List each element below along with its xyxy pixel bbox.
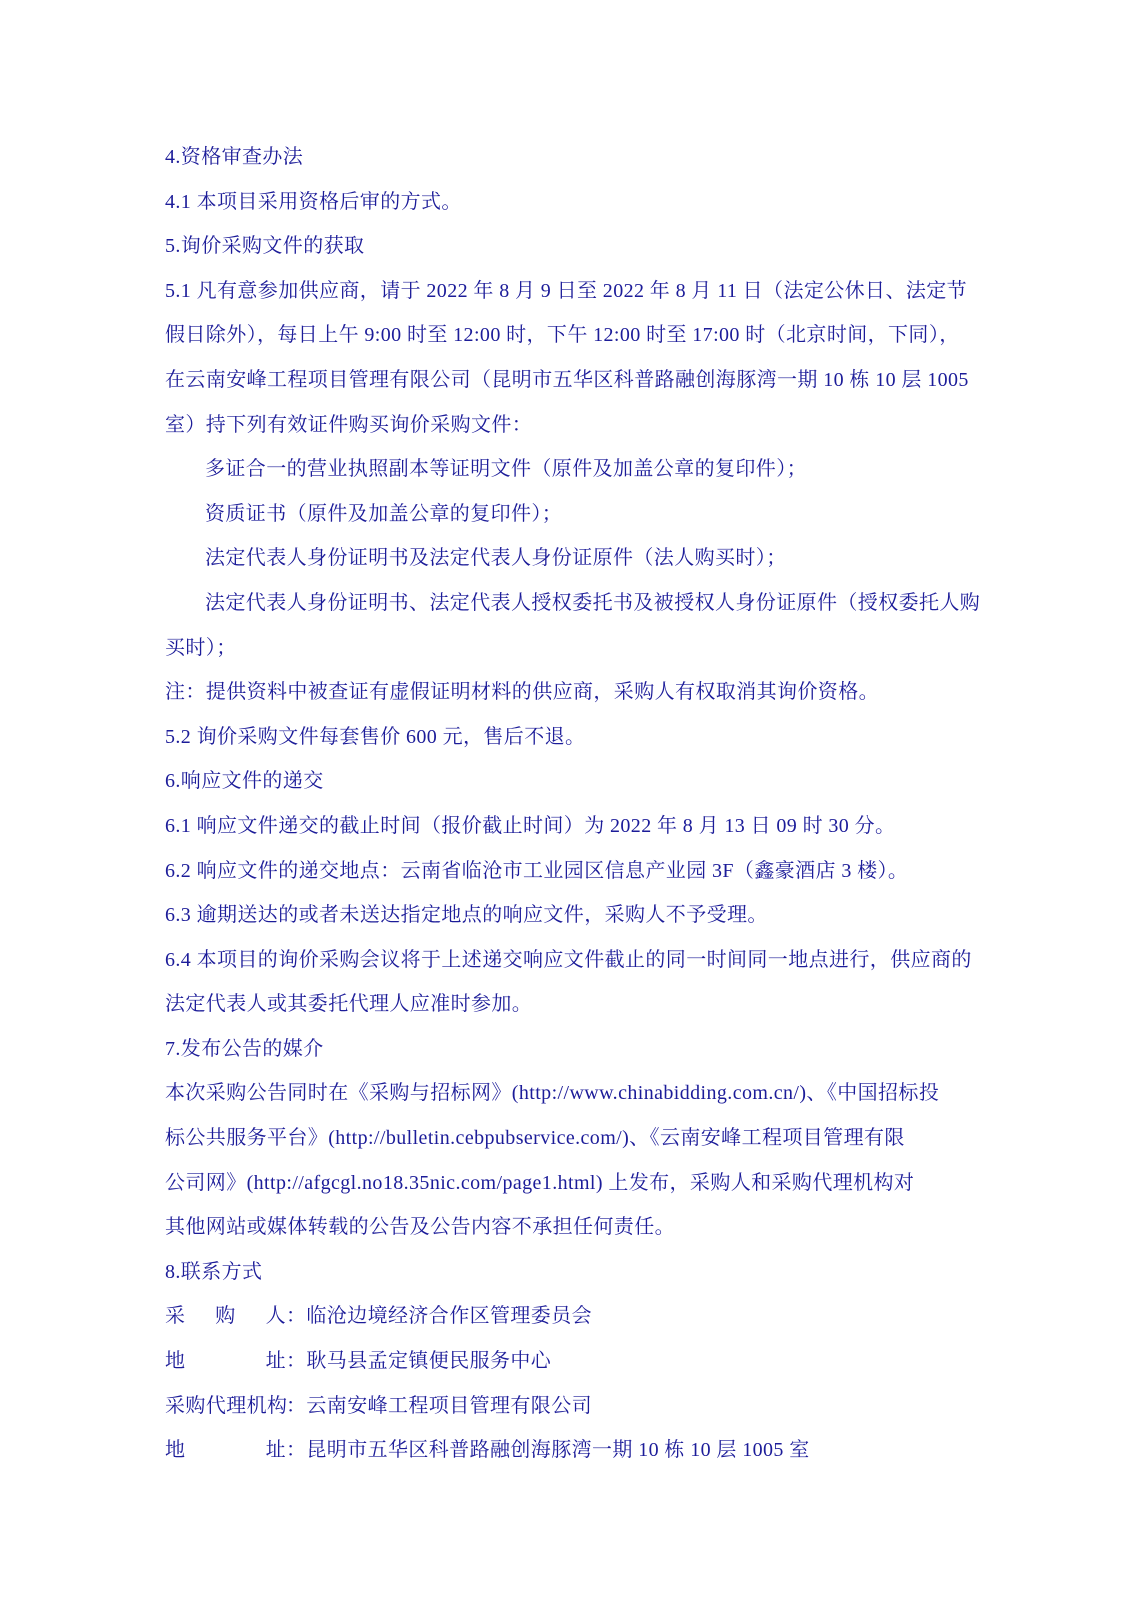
contact-value: ：耿马县孟定镇便民服务中心 (286, 1339, 551, 1384)
contact-label: 采购人 (165, 1294, 286, 1339)
doc-line: 假日除外），每日上午 9:00 时至 12:00 时，下午 12:00 时至 1… (165, 313, 975, 358)
doc-line: 4.1 本项目采用资格后审的方式。 (165, 180, 975, 225)
contact-value: ：云南安峰工程项目管理有限公司 (286, 1384, 592, 1429)
contact-label: 地址 (165, 1339, 286, 1384)
contact-label: 采购代理机构 (165, 1384, 286, 1429)
doc-line: 5.1 凡有意参加供应商，请于 2022 年 8 月 9 日至 2022 年 8… (165, 269, 975, 314)
doc-line: 法定代表人身份证明书及法定代表人身份证原件（法人购买时）； (165, 536, 975, 581)
document-body: 4.资格审查办法 4.1 本项目采用资格后审的方式。 5.询价采购文件的获取 5… (165, 135, 975, 1473)
section-heading-6: 6.响应文件的递交 (165, 759, 975, 804)
doc-line: 标公共服务平台》(http://bulletin.cebpubservice.c… (165, 1116, 975, 1161)
doc-line: 本次采购公告同时在《采购与招标网》(http://www.chinabiddin… (165, 1071, 975, 1116)
doc-line: 室）持下列有效证件购买询价采购文件： (165, 403, 975, 448)
doc-line: 法定代表人或其委托代理人应准时参加。 (165, 982, 975, 1027)
doc-line: 6.1 响应文件递交的截止时间（报价截止时间）为 2022 年 8 月 13 日… (165, 804, 975, 849)
doc-line: 6.4 本项目的询价采购会议将于上述递交响应文件截止的同一时间同一地点进行，供应… (165, 938, 975, 983)
doc-line: 5.2 询价采购文件每套售价 600 元，售后不退。 (165, 715, 975, 760)
doc-line: 其他网站或媒体转载的公告及公告内容不承担任何责任。 (165, 1205, 975, 1250)
section-heading-7: 7.发布公告的媒介 (165, 1027, 975, 1072)
section-heading-8: 8.联系方式 (165, 1250, 975, 1295)
contact-row-purchaser-address: 地址：耿马县孟定镇便民服务中心 (165, 1339, 975, 1384)
doc-line: 买时）； (165, 626, 975, 671)
doc-line: 6.2 响应文件的递交地点：云南省临沧市工业园区信息产业园 3F（鑫豪酒店 3 … (165, 849, 975, 894)
contact-label: 地址 (165, 1428, 286, 1473)
contact-row-purchaser: 采购人：临沧边境经济合作区管理委员会 (165, 1294, 975, 1339)
doc-line: 资质证书（原件及加盖公章的复印件）； (165, 492, 975, 537)
doc-line: 在云南安峰工程项目管理有限公司（昆明市五华区科普路融创海豚湾一期 10 栋 10… (165, 358, 975, 403)
section-heading-4: 4.资格审查办法 (165, 135, 975, 180)
contact-value: ：临沧边境经济合作区管理委员会 (286, 1294, 592, 1339)
document-page: 4.资格审查办法 4.1 本项目采用资格后审的方式。 5.询价采购文件的获取 5… (0, 0, 1131, 1600)
contact-row-agency: 采购代理机构：云南安峰工程项目管理有限公司 (165, 1384, 975, 1429)
contact-value: ：昆明市五华区科普路融创海豚湾一期 10 栋 10 层 1005 室 (286, 1428, 810, 1473)
doc-line: 法定代表人身份证明书、法定代表人授权委托书及被授权人身份证原件（授权委托人购 (165, 581, 975, 626)
doc-line: 6.3 逾期送达的或者未送达指定地点的响应文件，采购人不予受理。 (165, 893, 975, 938)
contact-row-agency-address: 地址：昆明市五华区科普路融创海豚湾一期 10 栋 10 层 1005 室 (165, 1428, 975, 1473)
section-heading-5: 5.询价采购文件的获取 (165, 224, 975, 269)
doc-line: 多证合一的营业执照副本等证明文件（原件及加盖公章的复印件）； (165, 447, 975, 492)
doc-line: 注：提供资料中被查证有虚假证明材料的供应商，采购人有权取消其询价资格。 (165, 670, 975, 715)
doc-line: 公司网》(http://afgcgl.no18.35nic.com/page1.… (165, 1161, 975, 1206)
